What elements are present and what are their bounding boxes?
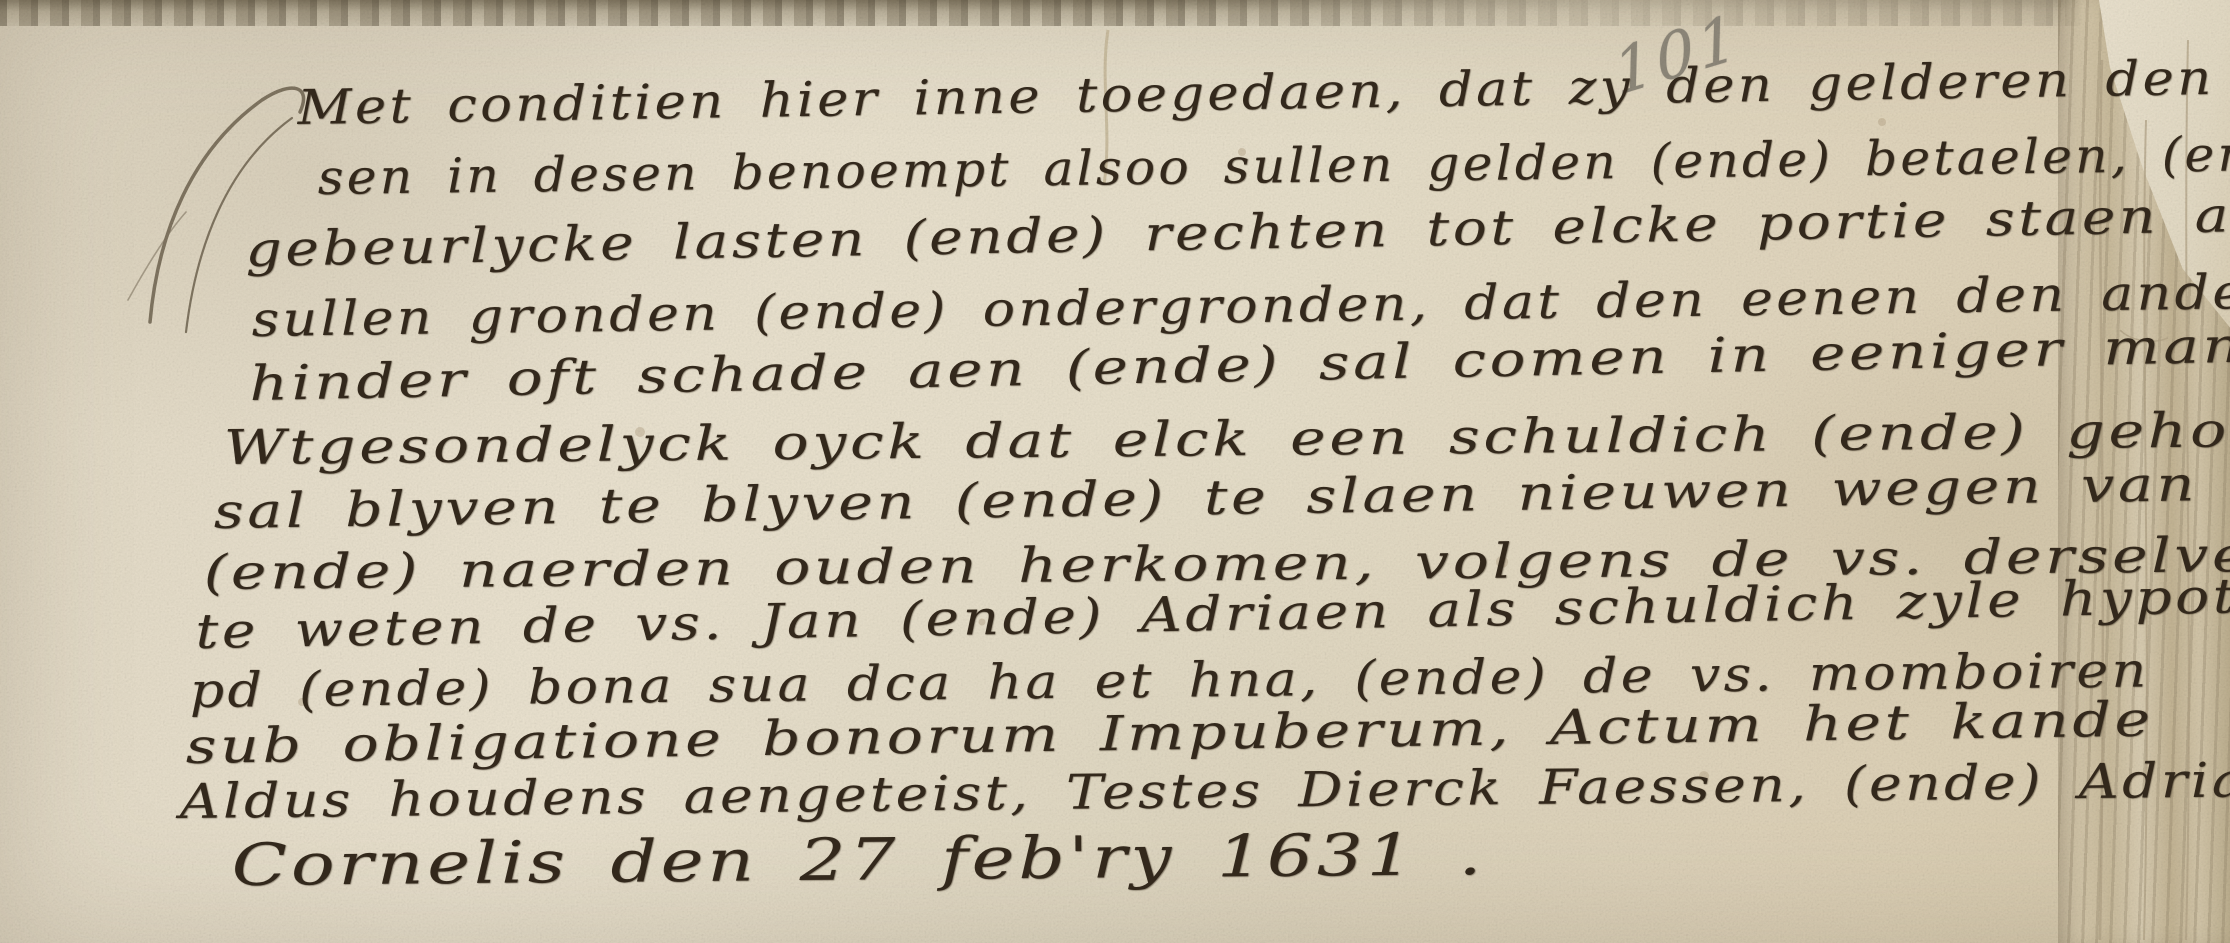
top-paper-edge (0, 0, 2230, 26)
manuscript-page: 101 Met conditien hier inne toegedaen, d… (0, 0, 2230, 943)
manuscript-line: Met conditien hier inne toegedaen, dat z… (297, 46, 2230, 136)
manuscript-line date-line: Cornelis den 27 feb'ry 1631 . (231, 820, 1485, 899)
